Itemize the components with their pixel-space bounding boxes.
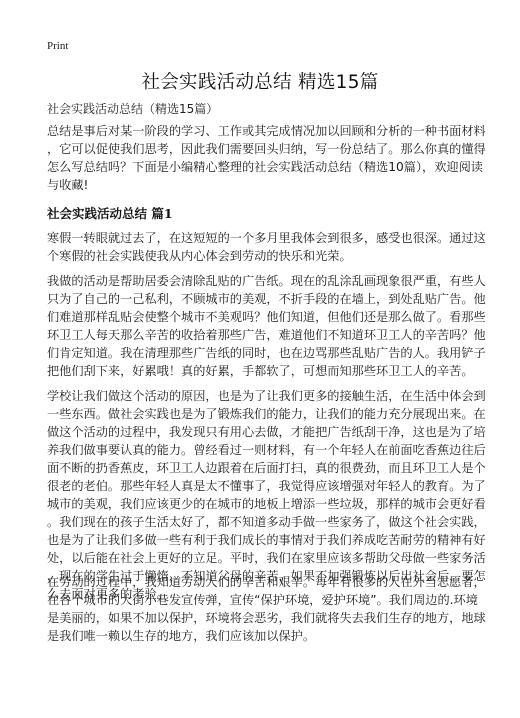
text-line: 在劳动的过程中，我知道劳动人们的辛苦和艰辛。每年有很多的人在外当志愿者， [47, 573, 487, 591]
text-line: 做这个活动的过程中，我发现只有用心去做，才能把广告纸刮干净，这也是为了培 [47, 423, 487, 441]
text-line: 是美丽的，如果不加以保护，环境将会恶劣，我们就将失去我们生存的地方，地球 [47, 609, 487, 627]
text-line: 是我们唯一赖以生存的地方，我们应该加以保护。 [47, 627, 487, 645]
text-line: 个寒假的社会实践使我从内心体会到劳动的快乐和光荣。 [47, 247, 487, 265]
intro-paragraph: 总结是事后对某一阶段的学习、工作或其完成情况加以回顾和分析的一种书面材料 ，它可… [47, 122, 487, 194]
document-page: Print 社会实践活动总结 精选15篇 社会实践活动总结（精选15篇） 总结是… [0, 0, 520, 718]
text-line: 也是为了让我们多做一些有利于我们成长的事情对于我们养成吃苦耐劳的精神有好 [47, 531, 487, 549]
text-line: 学校让我们做这个活动的原因，也是为了让我们更多的接触生活，在生活中体会到 [47, 387, 487, 405]
text-line: 在各个城市的大街小巷发宣传弹，宣传“保护环境，爱护环境”。我们周边的.环境 [47, 591, 487, 609]
text-line: 怎么写总结吗？下面是小编精心整理的社会实践活动总结（精选10篇），欢迎阅读 [47, 158, 487, 176]
text-line: 一些东西。做社会实践也是为了锻炼我们的能力，让我们的能力充分展现出来。在 [47, 405, 487, 423]
text-line: 我做的活动是帮助居委会清除乱贴的广告纸。现在的乱涂乱画现象很严重，有些人 [47, 272, 487, 290]
document-subtitle: 社会实践活动总结（精选15篇） [47, 100, 218, 117]
text-line: 环卫工人每天那么辛苦的收拾着那些广告，难道他们不知道环卫工人的辛苦吗？他 [47, 326, 487, 344]
document-title: 社会实践活动总结 精选15篇 [0, 68, 520, 94]
text-line: 。我们现在的孩子生活太好了，都不知道多动手做一些家务了，做这个社会实践， [47, 513, 487, 531]
body-paragraph-1: 寒假一转眼就过去了，在这短短的一个多月里我体会到很多，感受也很深。通过这 个寒假… [47, 229, 487, 265]
text-line: 很老的老伯。那些年轻人真是太不懂事了，我觉得应该增强对年轻人的教育。为了 [47, 477, 487, 495]
body-paragraph-3: 学校让我们做这个活动的原因，也是为了让我们更多的接触生活，在生活中体会到 一些东… [47, 387, 487, 603]
text-line: 养我们做事要认真的能力。曾经看过一则材料，有一个年轻人在前面吃香蕉边往后 [47, 441, 487, 459]
text-line: 城市的美观，我们应该更少的在城市的地板上增添一些垃圾，那样的城市会更好看 [47, 495, 487, 513]
body-paragraph-2: 我做的活动是帮助居委会清除乱贴的广告纸。现在的乱涂乱画现象很严重，有些人 只为了… [47, 272, 487, 380]
text-line: 寒假一转眼就过去了，在这短短的一个多月里我体会到很多，感受也很深。通过这 [47, 229, 487, 247]
text-line: 们难道那样乱贴会使整个城市不美观吗？他们知道，但他们还是那么做了。看那些 [47, 308, 487, 326]
text-line: 处，以后能在社会上更好的立足。平时，我们在家里应该多帮助父母做一些家务活 [47, 549, 487, 567]
text-line: 把他们刮下来，好累哦！真的好累，手都软了，可想而知那些环卫工人的辛苦。 [47, 362, 487, 380]
print-label[interactable]: Print [47, 40, 68, 52]
body-paragraph-4: 在劳动的过程中，我知道劳动人们的辛苦和艰辛。每年有很多的人在外当志愿者， 在各个… [47, 573, 487, 645]
text-line: ，它可以促使我们思考，因此我们需要回头归纳，写一份总结了。那么你真的懂得 [47, 140, 487, 158]
text-line: 们肯定知道。我在清理那些广告纸的同时，也在边骂那些乱贴广告的人。我用铲子 [47, 344, 487, 362]
text-line: 与收藏! [47, 176, 487, 194]
section-heading: 社会实践活动总结 篇1 [47, 204, 173, 222]
text-line: 只为了自己的一己私利，不顾城市的美观，不折手段的在墙上，到处乱贴广告。他 [47, 290, 487, 308]
text-line: 总结是事后对某一阶段的学习、工作或其完成情况加以回顾和分析的一种书面材料 [47, 122, 487, 140]
text-line: 面不断的扔香蕉皮，环卫工人边跟着在后面打扫，真的很费劲，而且环卫工人是个 [47, 459, 487, 477]
